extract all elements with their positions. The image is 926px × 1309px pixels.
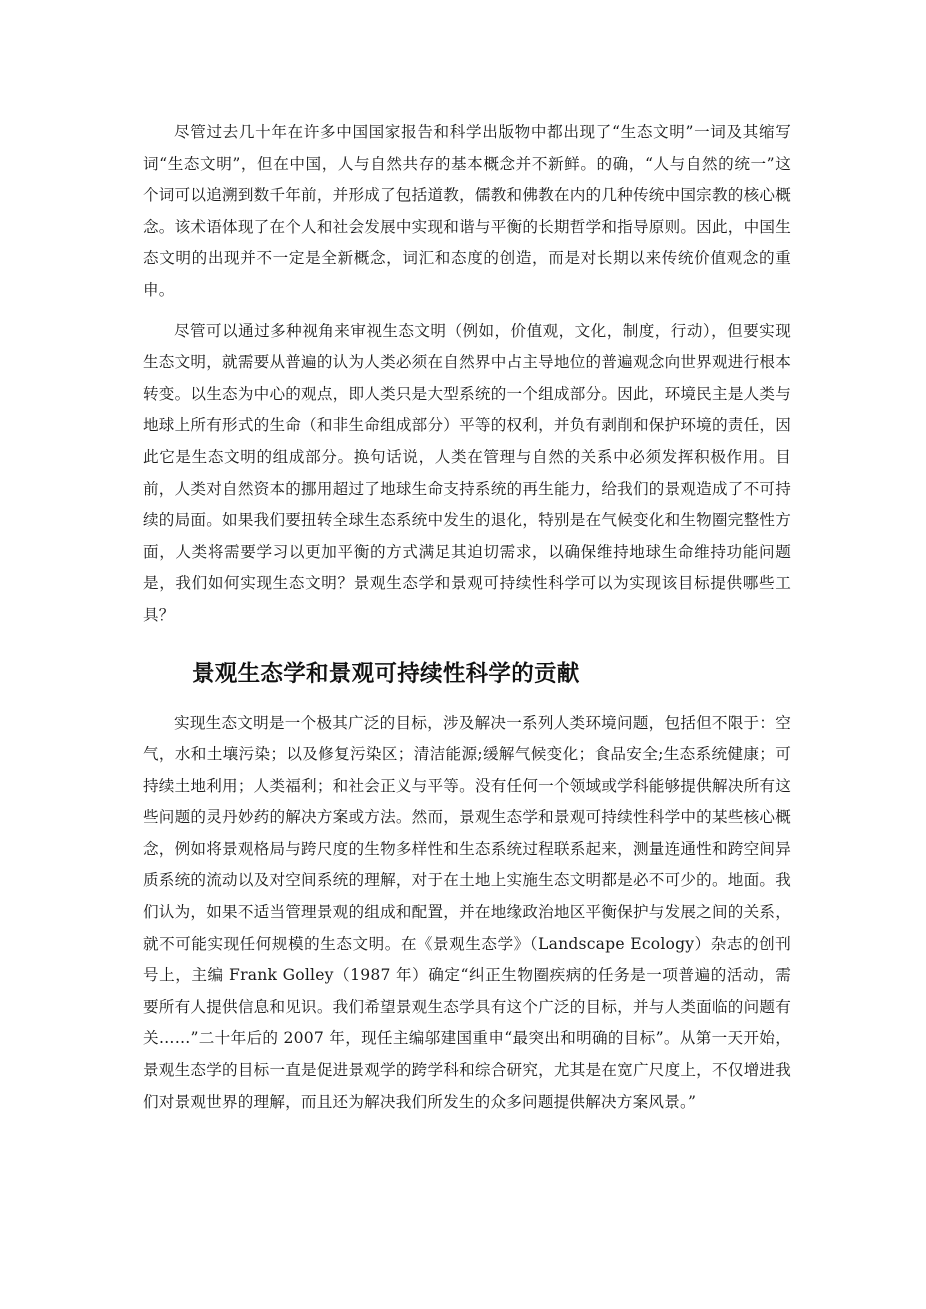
section-heading: 景观生态学和景观可持续性科学的贡献 [143, 654, 791, 694]
paragraph-intro: 尽管过去几十年在许多中国国家报告和科学出版物中都出现了“生态文明”一词及其缩写词… [143, 117, 791, 307]
paragraph-contribution: 实现生态文明是一个极其广泛的目标，涉及解决一系列人类环境问题，包括但不限于：空气… [143, 708, 791, 1119]
paragraph-worldview: 尽管可以通过多种视角来审视生态文明（例如，价值观，文化，制度，行动），但要实现生… [143, 316, 791, 632]
document-page: 尽管过去几十年在许多中国国家报告和科学出版物中都出现了“生态文明”一词及其缩写词… [143, 117, 791, 1118]
